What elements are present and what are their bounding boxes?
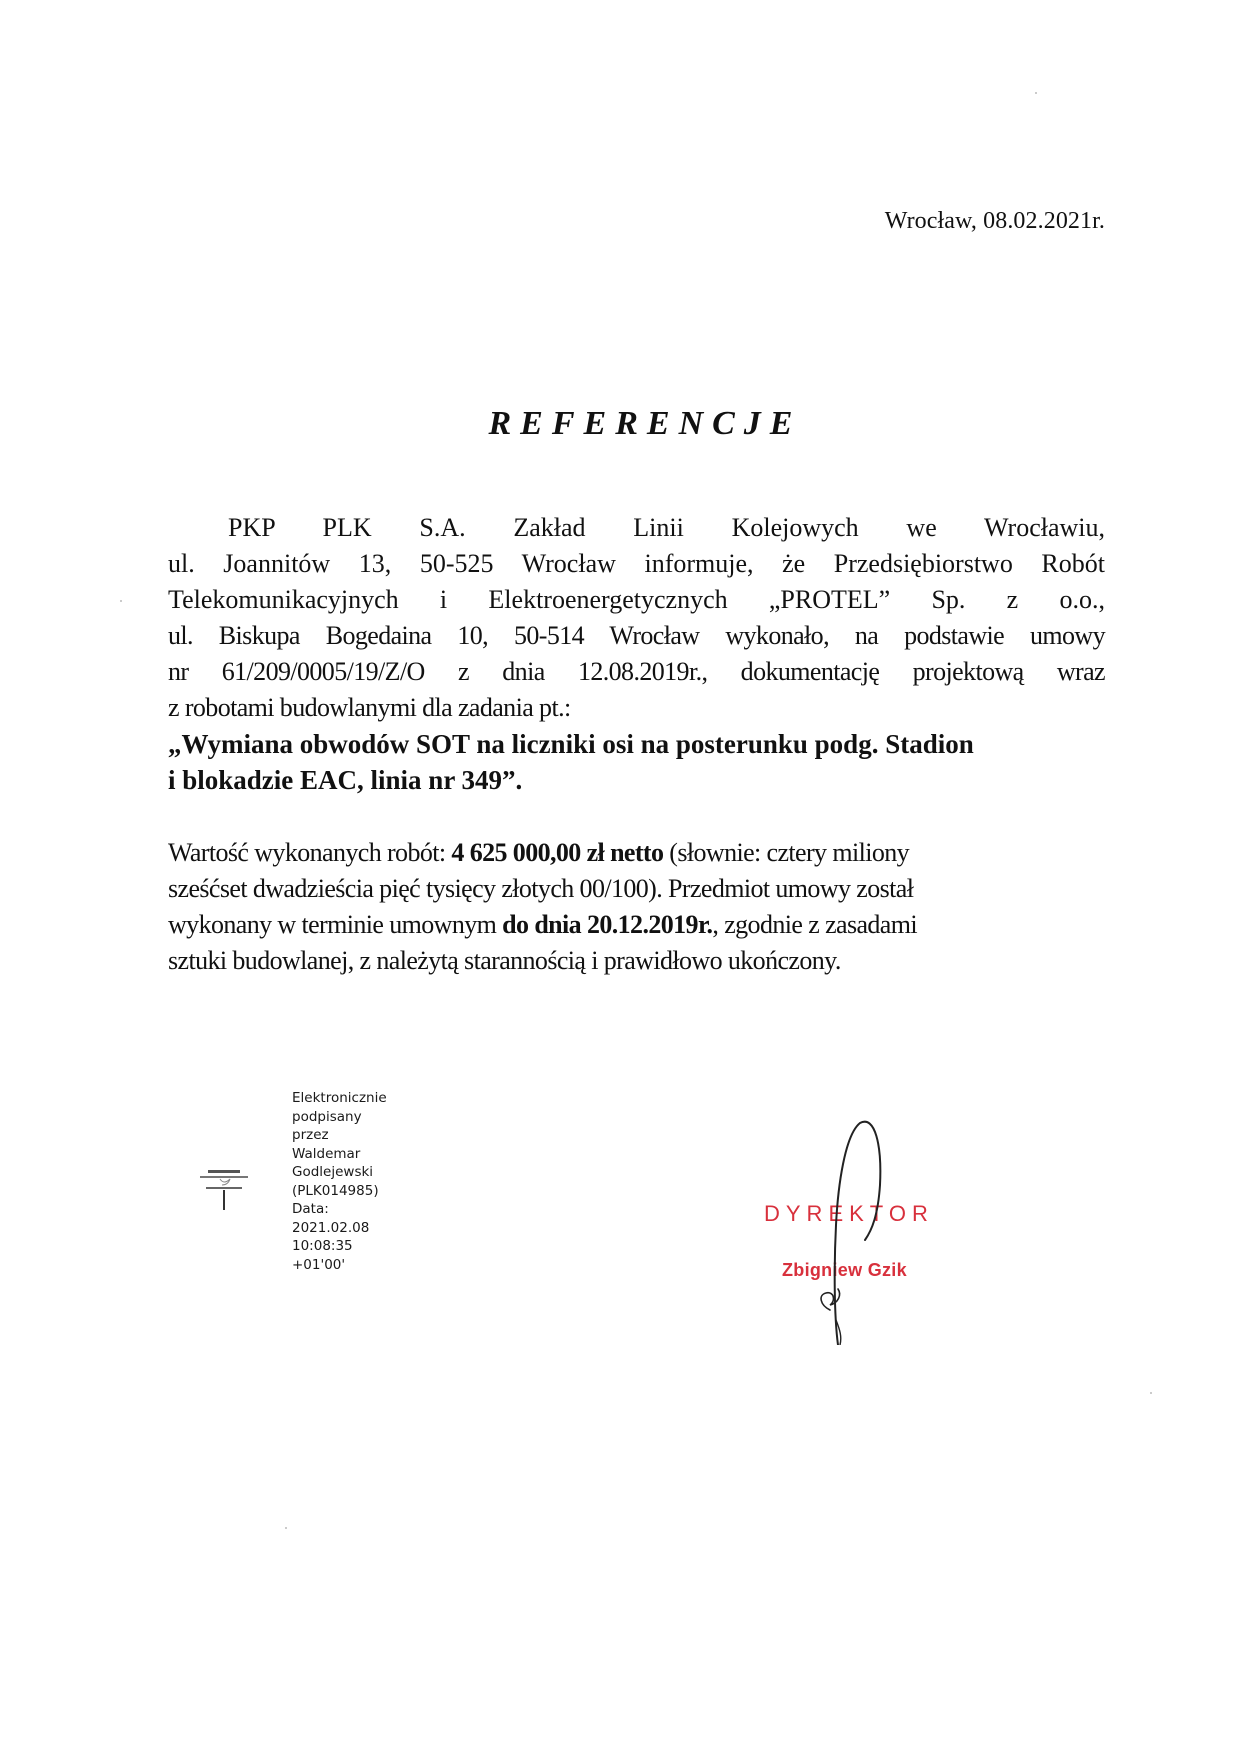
- signer-last-name: Godlejewski: [292, 1163, 387, 1182]
- signature-line: podpisany: [292, 1108, 387, 1127]
- document-page: Wrocław, 08.02.2021r. REFERENCJE PKP PLK…: [0, 0, 1240, 1754]
- paragraph-line: PKP PLK S.A. Zakład Linii Kolejowych we …: [168, 510, 1105, 546]
- signature-line: przez: [292, 1126, 387, 1145]
- paragraph-line: nr 61/209/0005/19/Z/O z dnia 12.08.2019r…: [168, 654, 1105, 690]
- electronic-signature-info: Elektronicznie podpisany przez Waldemar …: [292, 1089, 387, 1274]
- paragraph-line: wykonany w terminie umownym do dnia 20.1…: [168, 907, 1105, 943]
- e-signature-stamp-icon: [196, 1166, 256, 1212]
- value-label: Wartość wykonanych robót:: [168, 838, 451, 867]
- deadline-date: do dnia 20.12.2019r.: [502, 910, 712, 939]
- paragraph-line: sztuki budowlanej, z należytą starannośc…: [168, 943, 1105, 979]
- amount-in-words-start: (słownie: cztery miliony: [663, 838, 909, 867]
- scan-speck: [1150, 1392, 1152, 1394]
- task-title-line: „Wymiana obwodów SOT na liczniki osi na …: [168, 726, 1105, 762]
- task-title: „Wymiana obwodów SOT na liczniki osi na …: [168, 726, 1105, 798]
- signature-time: 10:08:35: [292, 1237, 387, 1256]
- paragraph-line: ul. Joannitów 13, 50-525 Wrocław informu…: [168, 546, 1105, 582]
- paragraph-value: Wartość wykonanych robót: 4 625 000,00 z…: [168, 835, 1105, 979]
- handwritten-signature: [790, 1115, 900, 1345]
- signer-first-name: Waldemar: [292, 1145, 387, 1164]
- paragraph-intro: PKP PLK S.A. Zakład Linii Kolejowych we …: [168, 510, 1105, 726]
- document-title: REFERENCJE: [0, 405, 1240, 443]
- paragraph-line: ul. Biskupa Bogedaina 10, 50-514 Wrocław…: [168, 618, 1105, 654]
- place-and-date: Wrocław, 08.02.2021r.: [885, 207, 1105, 235]
- signature-date: 2021.02.08: [292, 1219, 387, 1238]
- signer-id: (PLK014985): [292, 1182, 387, 1201]
- contract-amount: 4 625 000,00 zł netto: [451, 838, 663, 867]
- paragraph-line: z robotami budowlanymi dla zadania pt.:: [168, 690, 1105, 726]
- scan-speck: [1035, 92, 1037, 94]
- paragraph-line: Wartość wykonanych robót: 4 625 000,00 z…: [168, 835, 1105, 871]
- paragraph-line: Telekomunikacyjnych i Elektroenergetyczn…: [168, 582, 1105, 618]
- task-title-line: i blokadzie EAC, linia nr 349”.: [168, 762, 1105, 798]
- signature-date-label: Data:: [292, 1200, 387, 1219]
- signature-timezone: +01'00': [292, 1256, 387, 1275]
- scan-speck: [285, 1527, 287, 1529]
- scan-speck: [120, 600, 122, 602]
- paragraph-line: sześćset dwadzieścia pięć tysięcy złotyc…: [168, 871, 1105, 907]
- deadline-label: wykonany w terminie umownym: [168, 910, 502, 939]
- compliance-text: , zgodnie z zasadami: [712, 910, 917, 939]
- signature-line: Elektronicznie: [292, 1089, 387, 1108]
